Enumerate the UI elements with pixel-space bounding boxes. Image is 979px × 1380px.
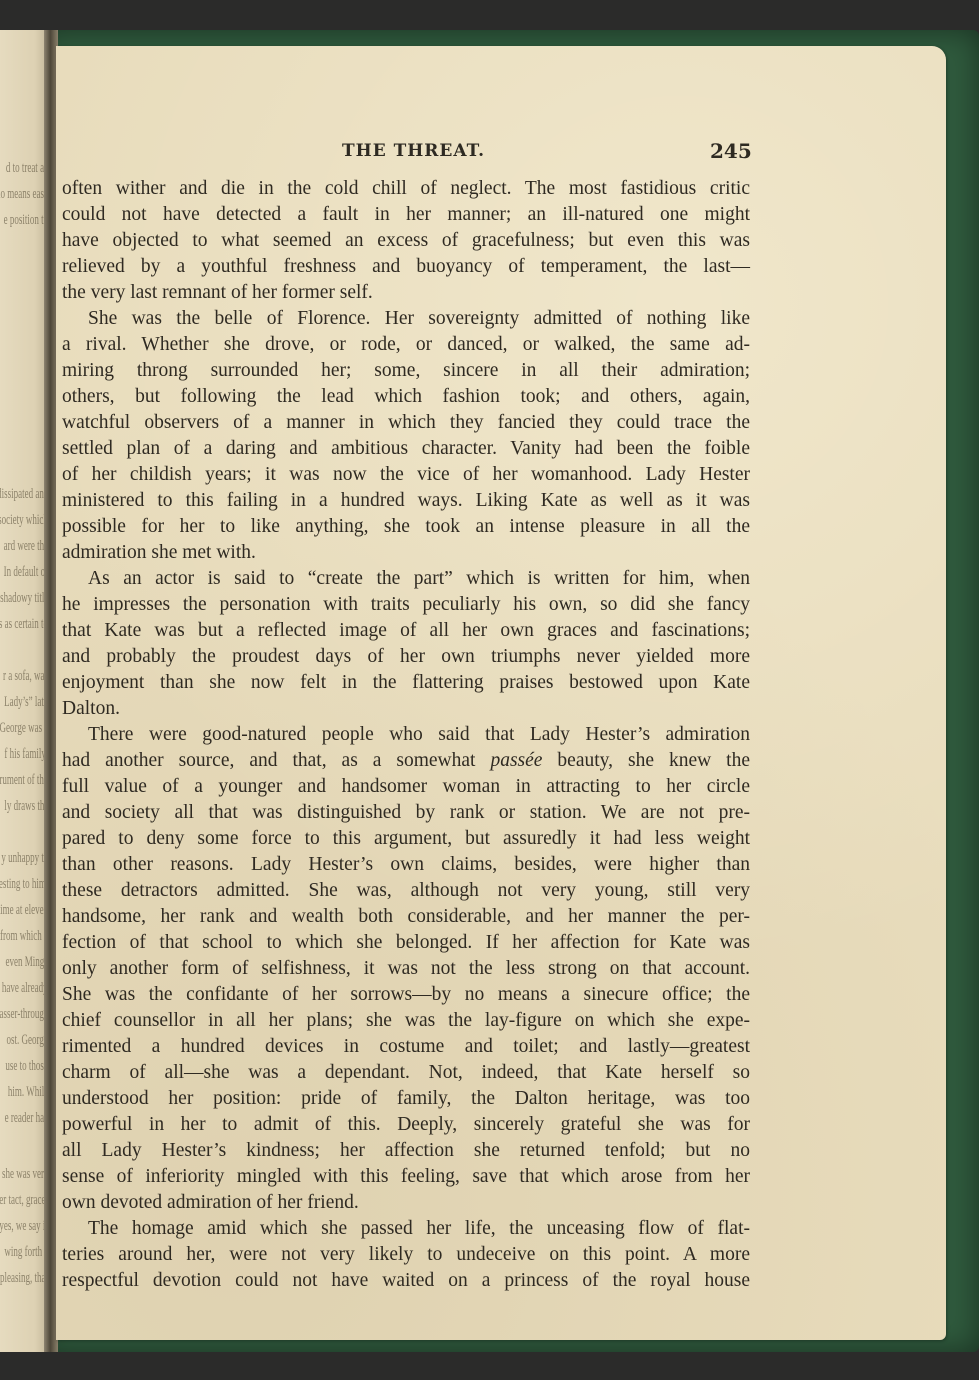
text-line: often wither and die in the cold chill o… — [62, 176, 750, 202]
text-line: As an actor is said to “create the part”… — [62, 566, 750, 592]
text-line: respectful devotion could not have waite… — [62, 1268, 750, 1294]
text-line: She was the confidante of her sorrows—by… — [62, 982, 750, 1008]
text-line: She was the belle of Florence. Her sover… — [62, 306, 750, 332]
facing-page-text-fragment: wing forth a — [4, 1244, 48, 1261]
text-line: sense of inferiority mingled with this f… — [62, 1164, 750, 1190]
text-line: The homage amid which she passed her lif… — [62, 1216, 750, 1242]
facing-page-text-fragment: no means easy — [0, 186, 48, 203]
text-line: have objected to what seemed an excess o… — [62, 228, 750, 254]
text-line: understood her position: pride of family… — [62, 1086, 750, 1112]
paragraph: She was the belle of Florence. Her sover… — [62, 306, 750, 566]
body-text: often wither and die in the cold chill o… — [62, 176, 750, 1294]
text-line: ministered to this failing in a hundred … — [62, 488, 750, 514]
facing-page-text-fragment: ard were the — [4, 538, 48, 555]
facing-page-text-fragment: d to treat as — [6, 160, 48, 177]
text-line: and society all that was distinguished b… — [62, 800, 750, 826]
text-line: enjoyment than she now felt in the flatt… — [62, 670, 750, 696]
text-line: powerful in her to admit of this. Deeply… — [62, 1112, 750, 1138]
text-line: of her childish years; it was now the vi… — [62, 462, 750, 488]
running-title: THE THREAT. — [342, 141, 485, 161]
text-line: he impresses the personation with traits… — [62, 592, 750, 618]
facing-page-text-fragment: use to those — [6, 1058, 48, 1075]
text-line: There were good-natured people who said … — [62, 722, 750, 748]
text-line: fection of that school to which she belo… — [62, 930, 750, 956]
facing-page-text-fragment: she was very — [2, 1166, 48, 1183]
text-line: full value of a younger and handsomer wo… — [62, 774, 750, 800]
text-line: than other reasons. Lady Hester’s own cl… — [62, 852, 750, 878]
facing-page-edge: d to treat asno means easye position tod… — [0, 30, 50, 1352]
facing-page-text-fragment: even Minge — [5, 954, 48, 971]
facing-page-text-fragment: him. While — [8, 1084, 48, 1101]
text-line: chief counsellor in all her plans; she w… — [62, 1008, 750, 1034]
facing-page-text-fragment: ost. George — [7, 1032, 48, 1049]
text-line: teries around her, were not very likely … — [62, 1242, 750, 1268]
text-line: Dalton. — [62, 696, 750, 722]
text-line: rimented a hundred devices in costume an… — [62, 1034, 750, 1060]
text-line: a rival. Whether she drove, or rode, or … — [62, 332, 750, 358]
facing-page-text-fragment: ly draws the — [4, 798, 48, 815]
paragraph: often wither and die in the cold chill o… — [62, 176, 750, 306]
running-head: THE THREAT. 245 — [56, 141, 946, 165]
text-line: and probably the proudest days of her ow… — [62, 644, 750, 670]
facing-page-text-fragment: esting to him. — [0, 876, 48, 893]
text-line: own devoted admiration of her friend. — [62, 1190, 750, 1216]
facing-page-text-fragment: e have already — [0, 980, 48, 997]
facing-page-text-fragment: yes, we say it — [0, 1218, 48, 1235]
facing-page-text-fragment: f his family; — [4, 746, 48, 763]
facing-page-text-fragment: asser-through — [0, 1006, 48, 1023]
page-number: 245 — [710, 139, 752, 163]
text-line: others, but following the lead which fas… — [62, 384, 750, 410]
facing-page-text-fragment: Lady’s” late — [4, 694, 48, 711]
italic-word: passée — [490, 750, 542, 771]
text-line: relieved by a youthful freshness and buo… — [62, 254, 750, 280]
text-line: had another source, and that, as a somew… — [62, 748, 750, 774]
facing-page-text-fragment: George was a — [0, 720, 48, 737]
text-line: possible for her to like anything, she t… — [62, 514, 750, 540]
text-line: pared to deny some force to this argumen… — [62, 826, 750, 852]
text-line: charm of all—she was a dependant. Not, i… — [62, 1060, 750, 1086]
text-line: the very last remnant of her former self… — [62, 280, 750, 306]
facing-page-text-fragment: r a sofa, was — [3, 668, 48, 685]
paragraph: There were good-natured people who said … — [62, 722, 750, 1216]
text-line: miring throng surrounded her; some, sinc… — [62, 358, 750, 384]
text-line: admiration she met with. — [62, 540, 750, 566]
facing-page-text-fragment: pleasing, that — [0, 1270, 48, 1287]
facing-page-text-fragment: y unhappy to — [1, 850, 48, 867]
facing-page-text-fragment: e reader has — [5, 1110, 48, 1127]
facing-page-text-fragment: society which — [0, 512, 48, 529]
facing-page-text-fragment: er tact, grace, — [0, 1192, 48, 1209]
text-line: these detractors admitted. She was, alth… — [62, 878, 750, 904]
text-line: all Lady Hester’s kindness; her affectio… — [62, 1138, 750, 1164]
paragraph: As an actor is said to “create the part”… — [62, 566, 750, 722]
facing-page-text-fragment: In default of — [4, 564, 48, 581]
text-line: only another form of selfishness, it was… — [62, 956, 750, 982]
facing-page-text-fragment: rument of the — [0, 772, 48, 789]
facing-page-text-fragment: from which a — [0, 928, 48, 945]
facing-page-text-fragment: s as certain to — [0, 616, 48, 633]
facing-page-text-fragment: dissipated and — [0, 486, 48, 503]
text-line: settled plan of a daring and ambitious c… — [62, 436, 750, 462]
text-line: watchful observers of a manner in which … — [62, 410, 750, 436]
facing-page-text-fragment: time at eleven — [0, 902, 48, 919]
text-line: handsome, her rank and wealth both consi… — [62, 904, 750, 930]
text-line: that Kate was but a reflected image of a… — [62, 618, 750, 644]
paragraph: The homage amid which she passed her lif… — [62, 1216, 750, 1294]
facing-page-text-fragment: e position to — [3, 212, 48, 229]
book-page: THE THREAT. 245 often wither and die in … — [56, 46, 946, 1340]
facing-page-text-fragment: shadowy title — [0, 590, 48, 607]
text-line: could not have detected a fault in her m… — [62, 202, 750, 228]
